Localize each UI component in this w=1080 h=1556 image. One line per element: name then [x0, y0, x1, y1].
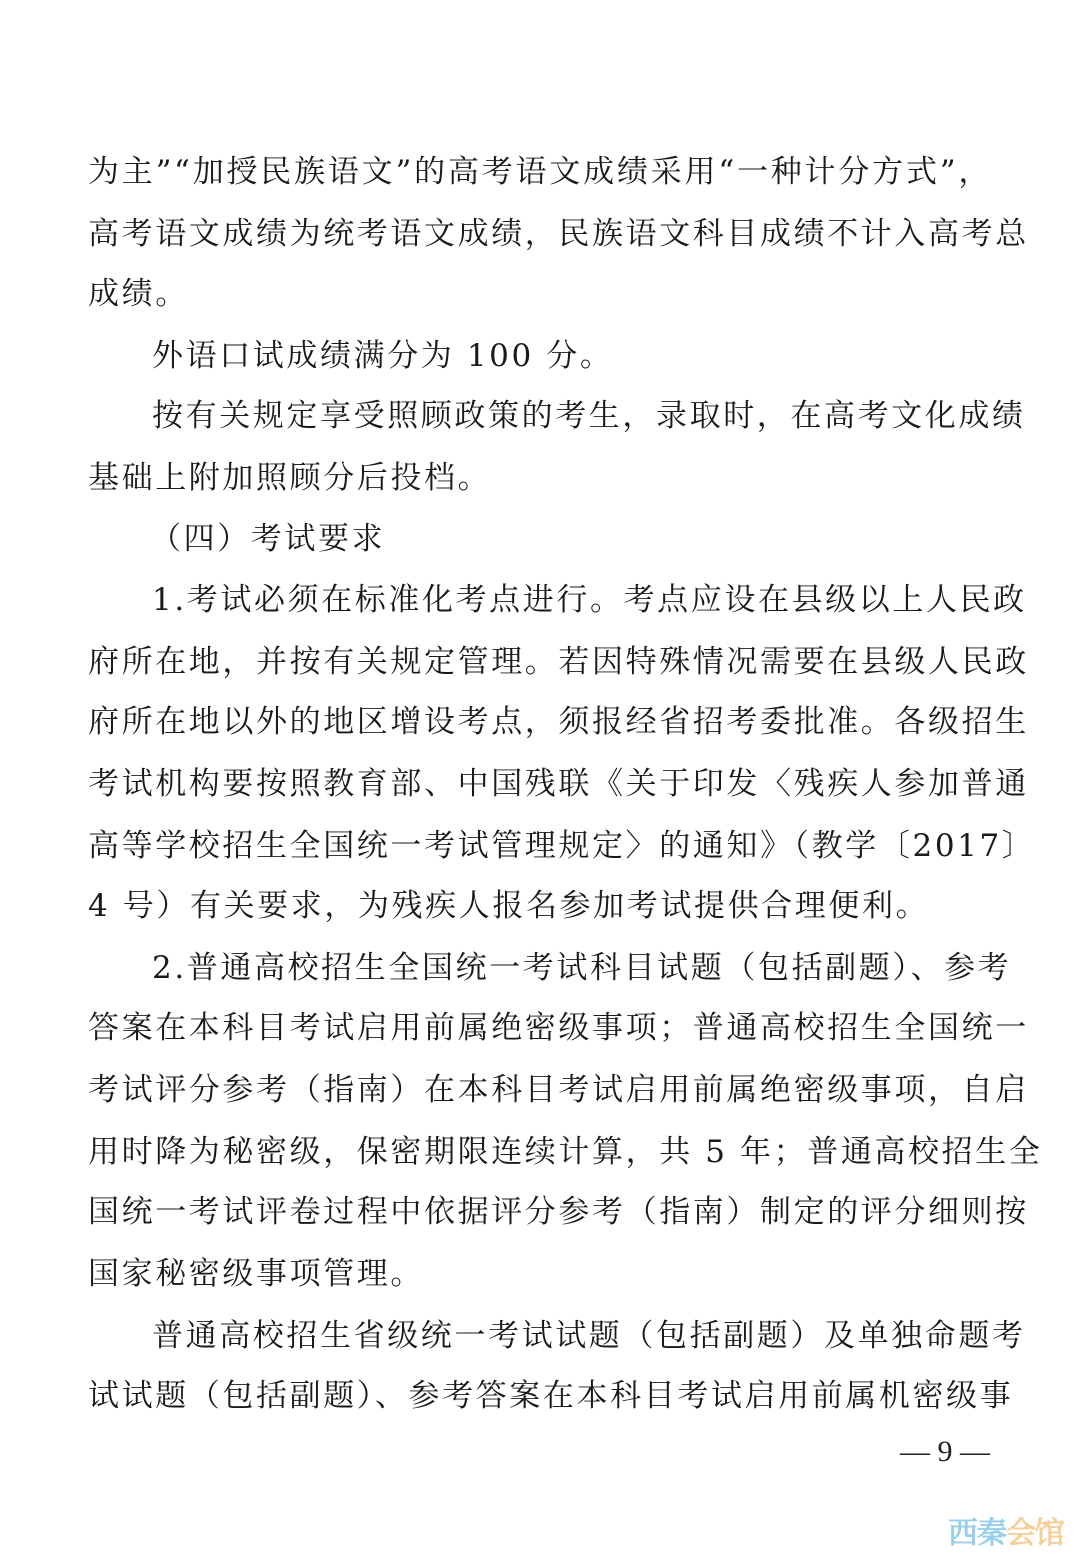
text-line: 府所在地以外的地区增设考点，须报经省招考委批准。各级招生 [88, 700, 992, 744]
document-page: 为主”“加授民族语文”的高考语文成绩采用“一种计分方式”， 高考语文成绩为统考语… [0, 0, 1080, 1556]
text-line: 高考语文成绩为统考语文成绩，民族语文科目成绩不计入高考总 [88, 212, 992, 256]
watermark-part1: 西秦 [948, 1516, 1006, 1551]
text-line: 4 号）有关要求，为残疾人报名参加考试提供合理便利。 [88, 884, 992, 928]
text-line: 用时降为秘密级，保密期限连续计算，共 5 年；普通高校招生全 [88, 1130, 992, 1174]
text-line: 基础上附加照顾分后投档。 [88, 456, 992, 500]
text-line: 府所在地，并按有关规定管理。若因特殊情况需要在县级人民政 [88, 640, 992, 684]
text-line: 为主”“加授民族语文”的高考语文成绩采用“一种计分方式”， [88, 150, 992, 194]
paragraph-oral-exam: 外语口试成绩满分为 100 分。 [152, 334, 992, 378]
page-number: — 9 — [890, 1432, 1000, 1472]
watermark-logo: 西秦会馆 [948, 1516, 1064, 1552]
section-heading: （四）考试要求 [150, 517, 550, 561]
text-line: 考试评分参考（指南）在本科目考试启用前属绝密级事项，自启 [88, 1068, 992, 1112]
text-line: 按有关规定享受照顾政策的考生，录取时，在高考文化成绩 [152, 394, 992, 438]
text-line: 高等学校招生全国统一考试管理规定〉的通知》（教学〔2017〕 [88, 824, 992, 868]
text-line: 国统一考试评卷过程中依据评分参考（指南）制定的评分细则按 [88, 1190, 992, 1234]
text-line: 成绩。 [88, 272, 992, 316]
text-line: 2.普通高校招生全国统一考试科目试题（包括副题）、参考 [152, 946, 992, 990]
text-line: 国家秘密级事项管理。 [88, 1252, 992, 1296]
text-line: 试试题（包括副题）、参考答案在本科目考试启用前属机密级事 [88, 1374, 992, 1418]
text-line: 1.考试必须在标准化考点进行。考点应设在县级以上人民政 [152, 578, 992, 622]
text-line: 普通高校招生省级统一考试试题（包括副题）及单独命题考 [152, 1314, 992, 1358]
text-line: 答案在本科目考试启用前属绝密级事项；普通高校招生全国统一 [88, 1006, 992, 1050]
text-line: 考试机构要按照教育部、中国残联《关于印发〈残疾人参加普通 [88, 762, 992, 806]
watermark-part2: 会馆 [1006, 1516, 1064, 1551]
